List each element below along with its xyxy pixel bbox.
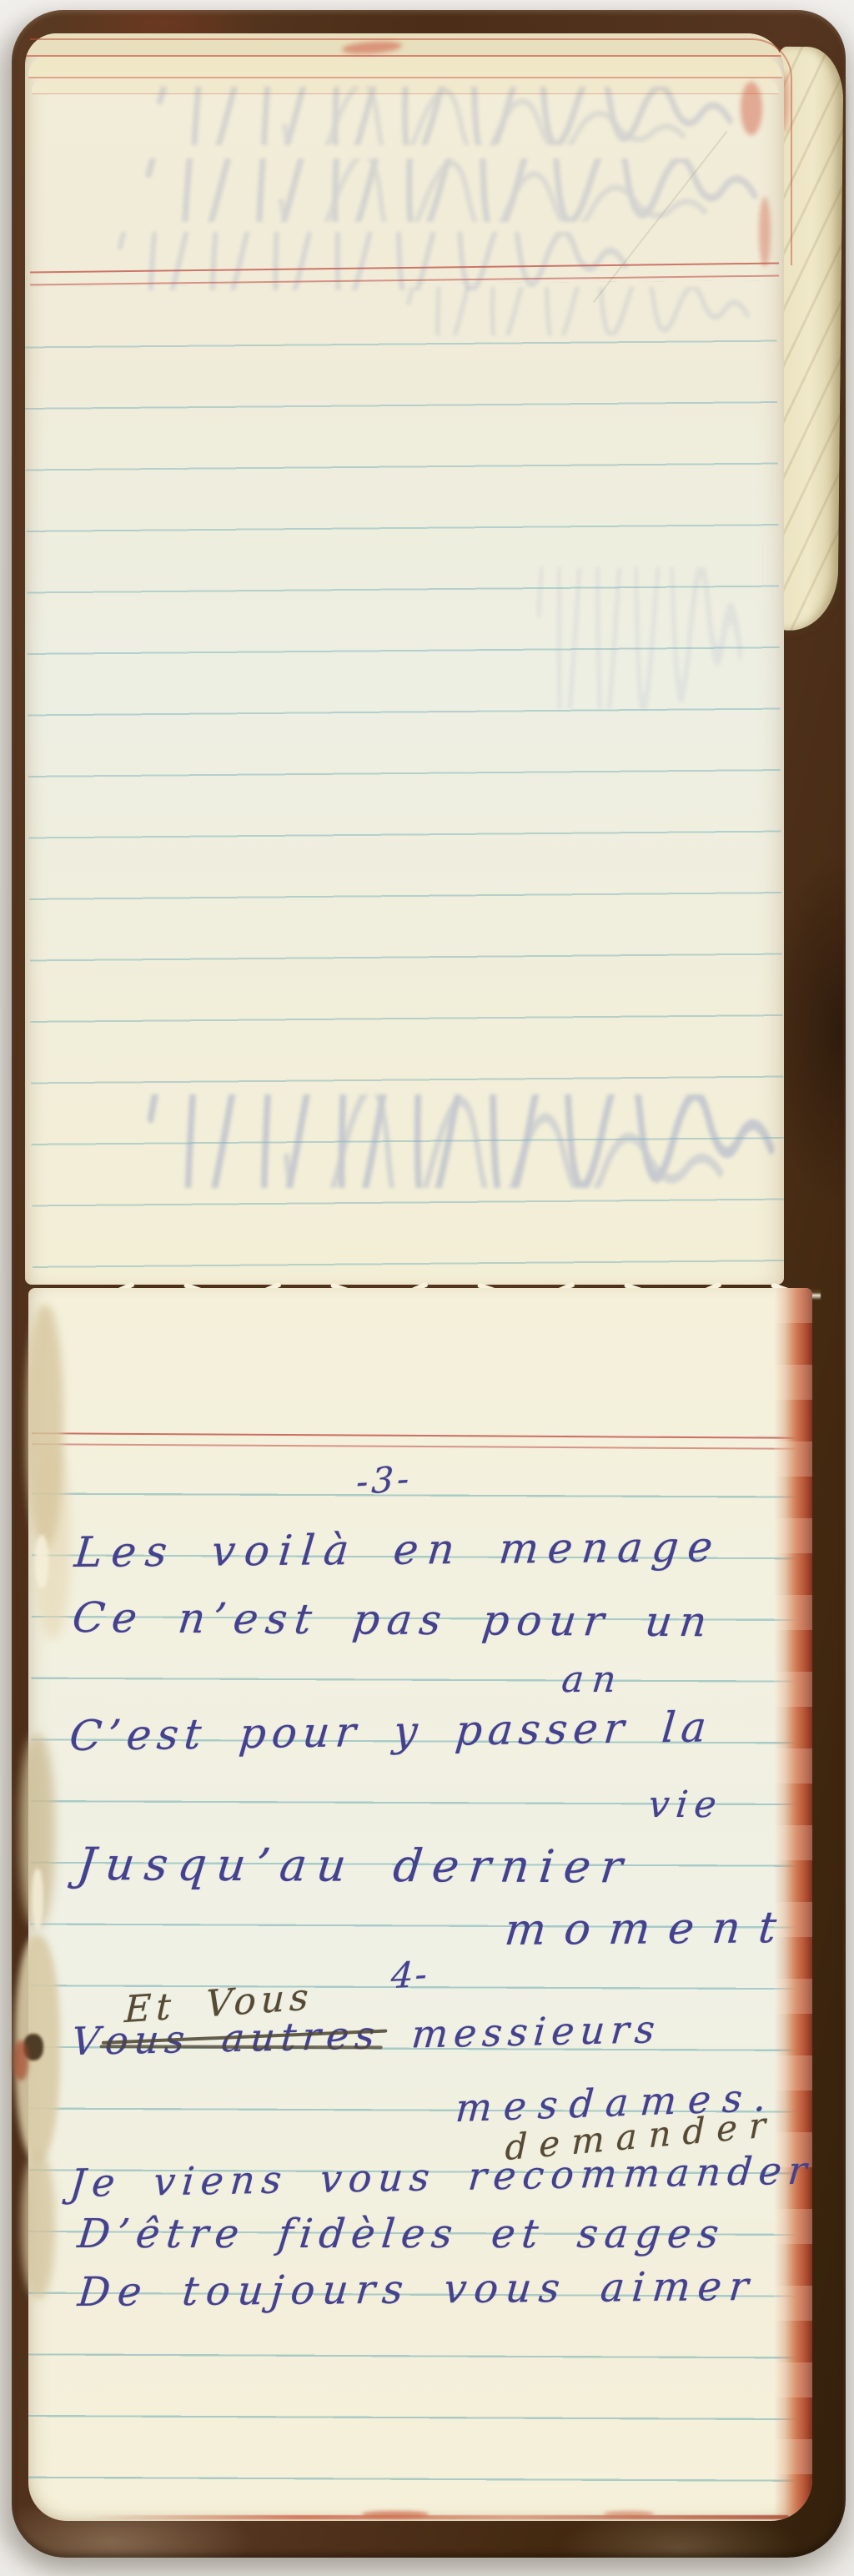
torn-edge-highlight — [35, 1535, 48, 1588]
struck-out-words: ous autres — [103, 2012, 382, 2063]
handwriting-segment: messieurs — [379, 2006, 662, 2057]
line-an: an — [560, 1662, 625, 1698]
heading-page-4: 4- — [390, 1957, 430, 1995]
line-detre: D’être fidèles et sages — [76, 2214, 727, 2254]
line-vous-autres: Vous autres messieurs — [70, 2010, 662, 2060]
torn-edge-wear — [27, 1306, 63, 1547]
line-cest-pour: C’est pour y passer la — [68, 1706, 713, 1757]
heading-page-3: -3- — [356, 1461, 413, 1500]
red-brown-smear — [13, 2040, 28, 2080]
line-ce-nest: Ce n’est pas pour un — [70, 1597, 716, 1643]
line-je-viens: Je viens vous recommander — [68, 2151, 812, 2202]
line-vie: vie — [646, 1787, 725, 1824]
line-de-toujours: De toujours vous aimer — [76, 2267, 757, 2312]
line-jusquau: Jusqu’au dernier — [75, 1842, 635, 1889]
red-page-edge-line — [30, 38, 792, 265]
photo-background: -3-Les voilà en menageCe n’est pas pour … — [0, 0, 854, 2576]
handwriting-layer: -3-Les voilà en menageCe n’est pas pour … — [28, 1288, 812, 2521]
line-les-voila: Les voilà en menage — [73, 1526, 723, 1573]
torn-edge-highlight — [32, 1869, 43, 1929]
torn-edge-wear — [22, 2152, 55, 2298]
lower-page: -3-Les voilà en menageCe n’est pas pour … — [28, 1288, 812, 2521]
ruled-lines — [25, 280, 784, 1280]
line-moment: moment — [503, 1906, 796, 1952]
